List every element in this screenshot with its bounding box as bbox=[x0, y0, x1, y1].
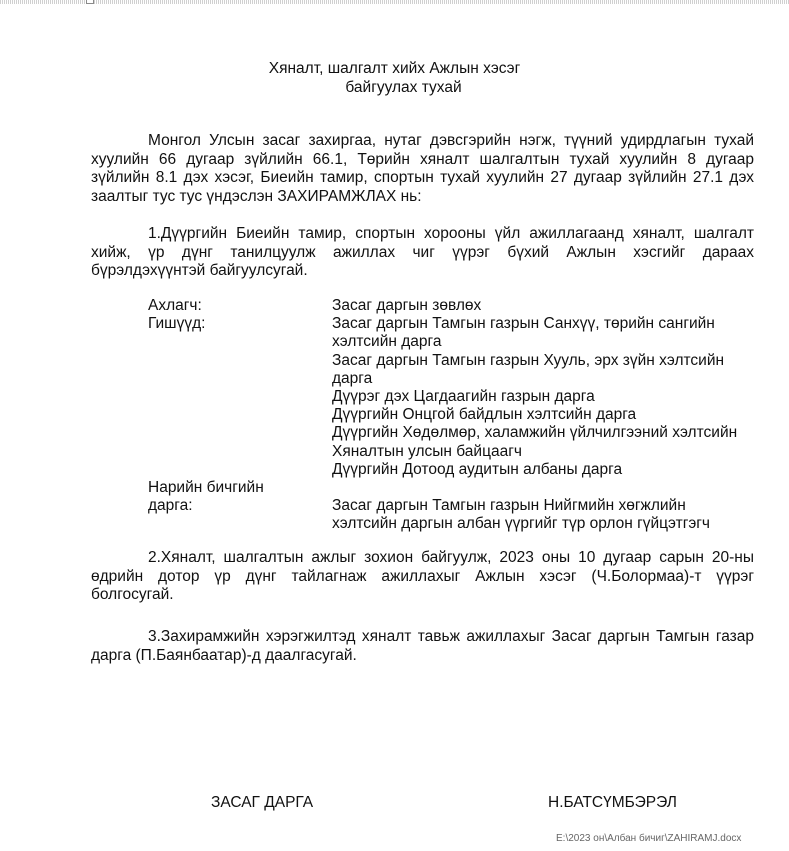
secretary-row: Нарийн бичгийн дарга: Засаг даргын Тамгы… bbox=[148, 479, 768, 534]
member-line: Дүүргийн Хөдөлмөр, халамжийн үйлчилгээни… bbox=[332, 424, 768, 442]
member-line: Засаг даргын Тамгын газрын Хууль, эрх зү… bbox=[332, 352, 768, 370]
signature-title: ЗАСАГ ДАРГА bbox=[211, 794, 313, 812]
item-3-line: дарга (П.Баянбаатар)-д даалгасугай. bbox=[91, 647, 754, 666]
member-item: Дүүргийн Дотоод аудитын албаны дарга bbox=[332, 461, 768, 479]
preamble-line: хуулийн 66 дугаар зүйлийн 66.1, Төрийн х… bbox=[91, 151, 754, 170]
title-line-1: Хяналт, шалгалт хийх Ажлын хэсэг bbox=[0, 59, 789, 78]
item-1-line: хийж, үр дүнг танилцуулж ажиллах чиг үүр… bbox=[91, 244, 754, 263]
member-line: хэлтсийн дарга bbox=[332, 333, 768, 351]
member-line: Хяналтын улсын байцаагч bbox=[332, 443, 768, 461]
item-1-paragraph: 1.Дүүргийн Биеийн тамир, спортын хорооны… bbox=[91, 225, 754, 281]
preamble-line: заалтыг тус тус үндэслэн ЗАХИРАМЖЛАХ нь: bbox=[91, 188, 754, 207]
secretary-line: хэлтсийн даргын албан үүргийг түр орлон … bbox=[332, 515, 768, 533]
member-item: Дүүргийн Хөдөлмөр, халамжийн үйлчилгээни… bbox=[332, 424, 768, 460]
member-line: Дүүргийн Онцгой байдлын хэлтсийн дарга bbox=[332, 406, 768, 424]
item-2-line: 2.Хяналт, шалгалтын ажлыг зохион байгуул… bbox=[91, 549, 754, 568]
members-label: Гишүүд: bbox=[148, 315, 332, 479]
secretary-label-line: Нарийн бичгийн bbox=[148, 479, 332, 497]
member-item: Дүүрэг дэх Цагдаагийн газрын дарга bbox=[332, 388, 768, 406]
member-item: Дүүргийн Онцгой байдлын хэлтсийн дарга bbox=[332, 406, 768, 424]
secretary-value: Засаг даргын Тамгын газрын Нийгмийн хөгж… bbox=[332, 479, 768, 534]
members-row: Гишүүд: Засаг даргын Тамгын газрын Санхү… bbox=[148, 315, 768, 479]
preamble-line: зүйлийн 8.1 дэх хэсэг, Биеийн тамир, спо… bbox=[91, 169, 754, 188]
item-3-paragraph: 3.Захирамжийн хэрэгжилтэд хяналт тавьж а… bbox=[91, 628, 754, 665]
item-2-line: болгосугай. bbox=[91, 586, 754, 605]
ruler-marker bbox=[86, 0, 94, 4]
secretary-line: Засаг даргын Тамгын газрын Нийгмийн хөгж… bbox=[332, 497, 768, 515]
chair-row: Ахлагч: Засаг даргын зөвлөх bbox=[148, 297, 768, 315]
chair-value: Засаг даргын зөвлөх bbox=[332, 297, 768, 315]
file-path-footer: E:\2023 он\Албан бичиг\ZAHIRAMJ.docx bbox=[556, 833, 741, 844]
item-3-line: 3.Захирамжийн хэрэгжилтэд хяналт тавьж а… bbox=[91, 628, 754, 647]
item-1-line: 1.Дүүргийн Биеийн тамир, спортын хорооны… bbox=[91, 225, 754, 244]
title-line-2: байгуулах тухай bbox=[0, 78, 789, 97]
chair-label: Ахлагч: bbox=[148, 297, 332, 315]
item-2-paragraph: 2.Хяналт, шалгалтын ажлыг зохион байгуул… bbox=[91, 549, 754, 605]
member-item: Засаг даргын Тамгын газрын Хууль, эрх зү… bbox=[332, 352, 768, 388]
secretary-label-line: дарга: bbox=[148, 497, 332, 515]
members-list: Засаг даргын Тамгын газрын Санхүү, төрий… bbox=[332, 315, 768, 479]
preamble-line: Монгол Улсын засаг захиргаа, нутаг дэвсг… bbox=[91, 132, 754, 151]
working-group-members: Ахлагч: Засаг даргын зөвлөх Гишүүд: Заса… bbox=[148, 297, 768, 534]
member-line: Дүүргийн Дотоод аудитын албаны дарга bbox=[332, 461, 768, 479]
member-line: Засаг даргын Тамгын газрын Санхүү, төрий… bbox=[332, 315, 768, 333]
item-1-line: бүрэлдэхүүнтэй байгуулсугай. bbox=[91, 262, 754, 281]
preamble-paragraph: Монгол Улсын засаг захиргаа, нутаг дэвсг… bbox=[91, 132, 754, 206]
member-line: дарга bbox=[332, 370, 768, 388]
secretary-label: Нарийн бичгийн дарга: bbox=[148, 479, 332, 534]
signature-name: Н.БАТСҮМБЭРЭЛ bbox=[548, 794, 677, 812]
item-2-line: өдрийн дотор үр дүнг тайлагнаж ажиллахыг… bbox=[91, 568, 754, 587]
member-item: Засаг даргын Тамгын газрын Санхүү, төрий… bbox=[332, 315, 768, 351]
page-top-border bbox=[0, 0, 789, 4]
document-title: Хяналт, шалгалт хийх Ажлын хэсэг байгуул… bbox=[0, 59, 789, 97]
member-line: Дүүрэг дэх Цагдаагийн газрын дарга bbox=[332, 388, 768, 406]
